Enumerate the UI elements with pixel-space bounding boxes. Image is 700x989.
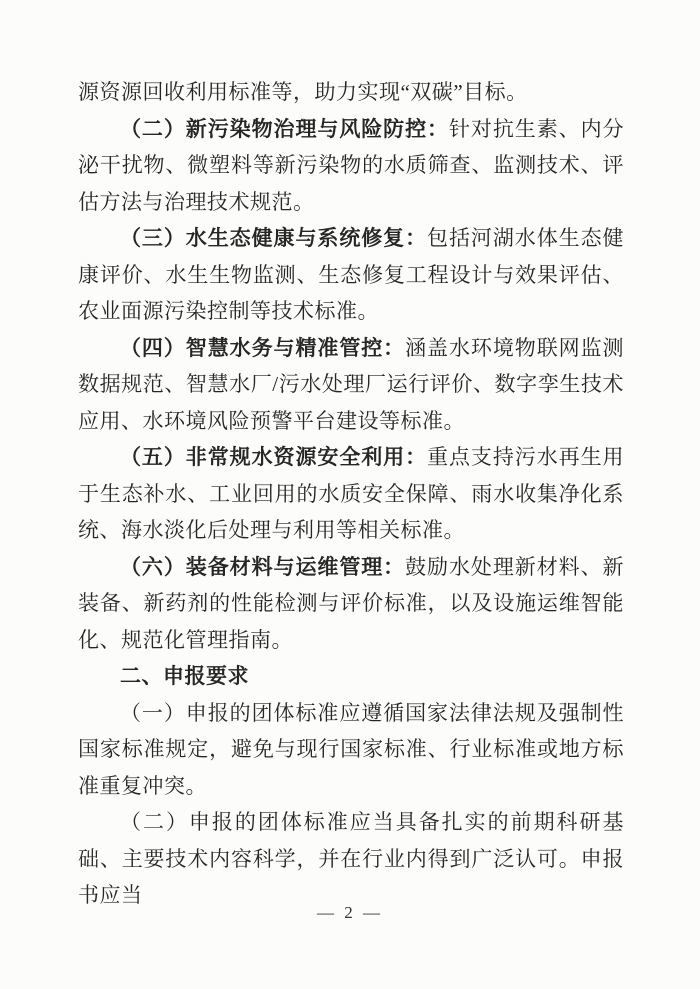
paragraph: （六）装备材料与运维管理：鼓励水处理新材料、新装备、新药剂的性能检测与评价标准，…: [78, 549, 624, 659]
text-segment: 源资源回收利用标准等，助力实现“双碳”目标。: [78, 80, 528, 104]
paragraph: （二）新污染物治理与风险防控：针对抗生素、内分泌干扰物、微塑料等新污染物的水质筛…: [78, 111, 624, 221]
paragraph: （四）智慧水务与精准管控：涵盖水环境物联网监测数据规范、智慧水厂/污水处理厂运行…: [78, 330, 624, 440]
text-segment: （二）申报的团体标准应当具备扎实的前期科研基础、主要技术内容科学，并在行业内得到…: [78, 810, 624, 907]
heading-segment: （四）智慧水务与精准管控：: [120, 336, 405, 360]
document-page: 源资源回收利用标准等，助力实现“双碳”目标。（二）新污染物治理与风险防控：针对抗…: [0, 0, 700, 989]
paragraph: 源资源回收利用标准等，助力实现“双碳”目标。: [78, 74, 624, 111]
paragraph: （二）申报的团体标准应当具备扎实的前期科研基础、主要技术内容科学，并在行业内得到…: [78, 804, 624, 914]
heading-segment: （二）新污染物治理与风险防控：: [120, 117, 449, 141]
heading-segment: 二、申报要求: [120, 664, 249, 688]
heading-segment: （六）装备材料与运维管理：: [120, 555, 405, 579]
page-number: — 2 —: [0, 903, 700, 923]
document-body: 源资源回收利用标准等，助力实现“双碳”目标。（二）新污染物治理与风险防控：针对抗…: [78, 74, 624, 914]
paragraph: （五）非常规水资源安全利用：重点支持污水再生用于生态补水、工业回用的水质安全保障…: [78, 439, 624, 549]
paragraph: （三）水生态健康与系统修复：包括河湖水体生态健康评价、水生生物监测、生态修复工程…: [78, 220, 624, 330]
paragraph: 二、申报要求: [78, 658, 624, 695]
heading-segment: （三）水生态健康与系统修复：: [120, 226, 427, 250]
text-segment: （一）申报的团体标准应遵循国家法律法规及强制性国家标准规定，避免与现行国家标准、…: [78, 701, 624, 798]
paragraph: （一）申报的团体标准应遵循国家法律法规及强制性国家标准规定，避免与现行国家标准、…: [78, 695, 624, 805]
heading-segment: （五）非常规水资源安全利用：: [120, 445, 427, 469]
